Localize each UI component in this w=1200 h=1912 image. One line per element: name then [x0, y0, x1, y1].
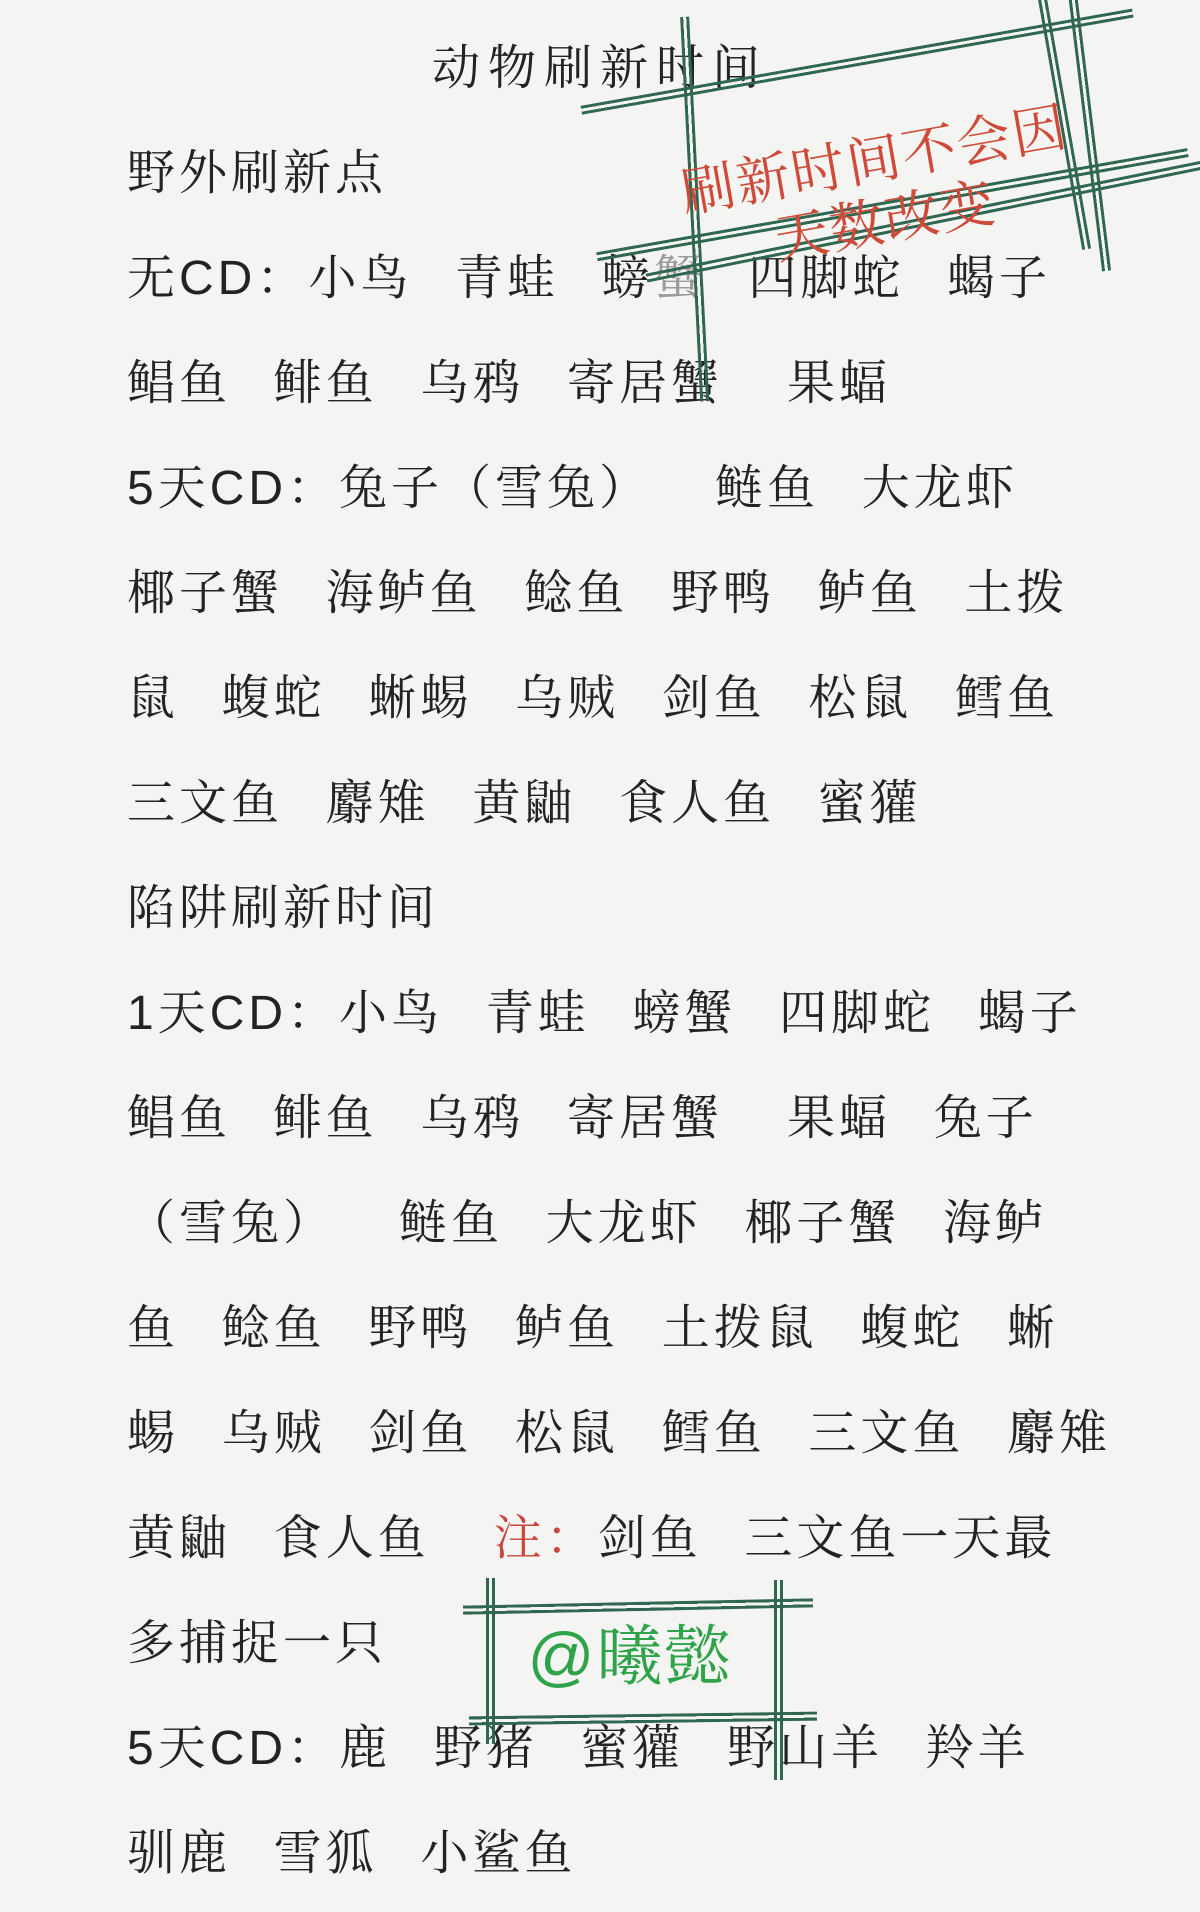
line-no-cd-start: 无CD：小鸟 青蛙 螃: [127, 252, 654, 305]
watermark-frame-bottom-line: [469, 1712, 817, 1726]
line-1day-cd-1: 1天CD：小鸟 青蛙 螃蟹 四脚蛇 蝎子: [127, 961, 1073, 1066]
line-no-cd-2: 鲳鱼 鲱鱼 乌鸦 寄居蟹 果蝠: [127, 331, 1073, 436]
note-page: 动物刷新时间 野外刷新点 无CD：小鸟 青蛙 螃蟹 四脚蛇 蝎子 鲳鱼 鲱鱼 乌…: [0, 0, 1200, 1912]
line-1day-cd-3: （雪兔） 鲢鱼 大龙虾 椰子蟹 海鲈: [127, 1171, 1073, 1276]
line-1day-cd-2: 鲳鱼 鲱鱼 乌鸦 寄居蟹 果蝠 兔子: [127, 1066, 1073, 1171]
line-note-after: 剑鱼 三文鱼一天最: [598, 1512, 1057, 1565]
line-5day-cd-4: 三文鱼 麝雉 黄鼬 食人鱼 蜜獾: [127, 751, 1073, 856]
line-5day-cd-2: 椰子蟹 海鲈鱼 鲶鱼 野鸭 鲈鱼 土拨: [127, 541, 1073, 646]
watermark-frame-top-line: [463, 1598, 813, 1614]
line-5day-cd-1: 5天CD：兔子（雪兔） 鲢鱼 大龙虾: [127, 436, 1073, 541]
line-5day-cd-3: 鼠 蝮蛇 蜥蜴 乌贼 剑鱼 松鼠 鳕鱼: [127, 646, 1073, 751]
line-note-before: 黄鼬 食人鱼: [127, 1512, 494, 1565]
note-label: 注：: [494, 1512, 598, 1565]
trap-refresh-heading: 陷阱刷新时间: [127, 856, 1073, 961]
line-trap-5day-cd-2: 驯鹿 雪狐 小鲨鱼: [127, 1801, 1073, 1906]
line-1day-cd-5: 蜴 乌贼 剑鱼 松鼠 鳕鱼 三文鱼 麝雉: [127, 1381, 1073, 1486]
line-1day-cd-4: 鱼 鲶鱼 野鸭 鲈鱼 土拨鼠 蝮蛇 蜥: [127, 1276, 1073, 1381]
watermark-text: @曦懿: [455, 1616, 805, 1696]
watermark-box: @曦懿: [455, 1568, 805, 1728]
